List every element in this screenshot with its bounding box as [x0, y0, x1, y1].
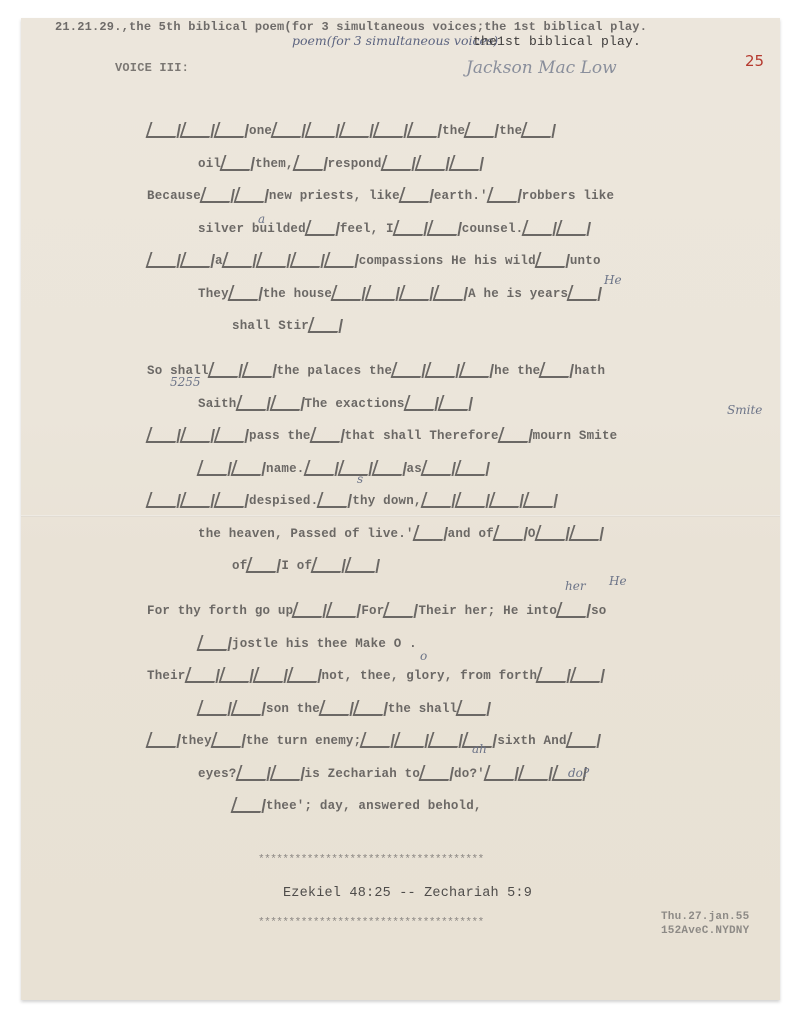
- blank-slot: [420, 492, 455, 508]
- poem-word: despised.: [249, 494, 318, 508]
- blank-slot: [213, 492, 248, 508]
- blank-slot: [269, 395, 304, 411]
- blank-slot: [459, 362, 494, 378]
- poem-word: The exactions: [305, 397, 405, 411]
- blank-slot: [145, 732, 180, 748]
- poem-word: not, thee, glory, from forth: [322, 669, 538, 683]
- handwritten-annotation: He: [604, 273, 622, 287]
- typescript-page: 21.21.29.,the 5th biblical poem(for 3 si…: [21, 18, 780, 1000]
- blank-slot: [486, 187, 521, 203]
- poem-word: thee'; day, answered behold,: [266, 799, 482, 813]
- handwritten-annotation: her: [565, 579, 586, 593]
- page-number: 25: [745, 52, 764, 70]
- blank-slot: [311, 557, 346, 573]
- poem-line: the heaven, Passed of live.'and ofO: [198, 521, 604, 541]
- poem-line: thee'; day, answered behold,: [232, 793, 482, 813]
- blank-slot: [145, 252, 180, 268]
- blank-slot: [220, 155, 255, 171]
- blank-slot: [567, 285, 602, 301]
- blank-slot: [213, 122, 248, 138]
- poem-line: silver buildedfeel, Icounsel.: [198, 216, 591, 236]
- blank-slot: [235, 395, 270, 411]
- blank-slot: [433, 285, 468, 301]
- poem-word: name.: [266, 462, 305, 476]
- blank-slot: [210, 732, 245, 748]
- poem-word: the house: [263, 287, 332, 301]
- poem-line: ofI of: [232, 553, 380, 573]
- address-stamp: 152AveC.NYDNY: [661, 925, 749, 937]
- blank-slot: [252, 667, 287, 683]
- poem-word: robbers like: [522, 189, 614, 203]
- blank-slot: [303, 460, 338, 476]
- blank-slot: [318, 700, 353, 716]
- blank-slot: [196, 635, 231, 651]
- poem-line: acompassions He his wildunto: [147, 248, 601, 268]
- poem-word: oil: [198, 157, 221, 171]
- poem-word: the heaven, Passed of live.': [198, 527, 414, 541]
- poem-word: Their her; He into: [418, 604, 557, 618]
- blank-slot: [539, 362, 574, 378]
- poem-line: jostle his thee Make O .: [198, 631, 417, 651]
- poem-line: Becausenew priests, likeearth.'robbers l…: [147, 183, 614, 203]
- blank-slot: [365, 285, 400, 301]
- poem-line: shall Stir: [232, 313, 343, 333]
- blank-slot: [339, 122, 374, 138]
- poem-word: thy down,: [352, 494, 421, 508]
- blank-slot: [199, 187, 234, 203]
- blank-slot: [184, 667, 219, 683]
- blank-slot: [437, 395, 472, 411]
- blank-slot: [412, 525, 447, 541]
- poem-line: Theythe houseA he is years: [198, 281, 602, 301]
- poem-word: the: [442, 124, 465, 138]
- blank-slot: [221, 252, 256, 268]
- poem-line: oilthem,respond: [198, 151, 484, 171]
- blank-slot: [517, 765, 552, 781]
- blank-slot: [304, 220, 339, 236]
- blank-slot: [522, 492, 557, 508]
- poem-word: Their: [147, 669, 186, 683]
- blank-slot: [307, 317, 342, 333]
- blank-slot: [534, 525, 569, 541]
- poem-word: do?': [454, 767, 485, 781]
- blank-slot: [305, 122, 340, 138]
- poem-word: the turn enemy;: [246, 734, 362, 748]
- poem-word: A he is years: [468, 287, 568, 301]
- blank-slot: [555, 602, 590, 618]
- poem-word: they: [181, 734, 212, 748]
- poem-word: the shall: [388, 702, 457, 716]
- blank-slot: [570, 667, 605, 683]
- poem-word: is Zechariah to: [305, 767, 421, 781]
- blank-slot: [317, 492, 352, 508]
- blank-slot: [286, 667, 321, 683]
- blank-slot: [391, 362, 426, 378]
- handwritten-annotation: 5255: [170, 375, 201, 389]
- poem-word: Because: [147, 189, 201, 203]
- blank-slot: [536, 667, 571, 683]
- header-typed-line2: the1st biblical play.: [473, 34, 641, 49]
- blank-slot: [371, 460, 406, 476]
- blank-slot: [407, 122, 442, 138]
- poem-word: he the: [494, 364, 540, 378]
- poem-word: that shall Therefore: [345, 429, 499, 443]
- poem-line: despised.thy down,: [147, 488, 558, 508]
- poem-word: respond: [328, 157, 382, 171]
- blank-slot: [392, 220, 427, 236]
- blank-slot: [464, 122, 499, 138]
- poem-word: For thy forth go up: [147, 604, 293, 618]
- poem-line: SaithThe exactions: [198, 391, 473, 411]
- poem-word: feel, I: [340, 222, 394, 236]
- poem-word: sixth And: [497, 734, 566, 748]
- handwritten-annotation: a: [258, 212, 265, 226]
- blank-slot: [418, 765, 453, 781]
- blank-slot: [373, 122, 408, 138]
- blank-slot: [227, 285, 262, 301]
- header-handwritten-correction: poem(for 3 simultaneous voices): [292, 33, 498, 48]
- poem-word: compassions He his wild: [359, 254, 536, 268]
- poem-word: pass the: [249, 429, 311, 443]
- blank-slot: [399, 285, 434, 301]
- blank-slot: [292, 602, 327, 618]
- header-typed-line1: 21.21.29.,the 5th biblical poem(for 3 si…: [55, 20, 647, 34]
- poem-line: For thy forth go upForTheir her; He into…: [147, 598, 606, 618]
- poem-word: new priests, like: [269, 189, 400, 203]
- blank-slot: [488, 492, 523, 508]
- blank-slot: [380, 155, 415, 171]
- blank-slot: [428, 732, 463, 748]
- blank-slot: [271, 122, 306, 138]
- poem-word: earth.': [434, 189, 488, 203]
- blank-slot: [345, 557, 380, 573]
- blank-slot: [289, 252, 324, 268]
- handwritten-annotation: ah: [472, 742, 487, 756]
- poem-word: hath: [574, 364, 605, 378]
- blank-slot: [218, 667, 253, 683]
- poem-word: unto: [570, 254, 601, 268]
- blank-slot: [323, 252, 358, 268]
- poem-line: So shallthe palaces thehe thehath: [147, 358, 605, 378]
- blank-slot: [145, 492, 180, 508]
- author-signature: Jackson Mac Low: [466, 58, 617, 78]
- date-stamp: Thu.27.jan.55: [661, 911, 749, 923]
- poem-line: onethethe: [147, 118, 556, 138]
- handwritten-annotation: do?: [568, 766, 589, 780]
- poem-line: son thethe shall: [198, 696, 491, 716]
- blank-slot: [326, 602, 361, 618]
- blank-slot: [337, 460, 372, 476]
- poem-line: Theirnot, thee, glory, from forth: [147, 663, 605, 683]
- poem-line: eyes?is Zechariah todo?': [198, 761, 587, 781]
- blank-slot: [454, 492, 489, 508]
- poem-word: the palaces the: [277, 364, 393, 378]
- poem-word: mourn Smite: [533, 429, 618, 443]
- poem-word: eyes?: [198, 767, 237, 781]
- blank-slot: [383, 602, 418, 618]
- blank-slot: [534, 252, 569, 268]
- blank-slot: [456, 700, 491, 716]
- blank-slot: [360, 732, 395, 748]
- poem-word: so: [591, 604, 606, 618]
- blank-slot: [492, 525, 527, 541]
- blank-slot: [309, 427, 344, 443]
- blank-slot: [568, 525, 603, 541]
- blank-slot: [145, 122, 180, 138]
- blank-slot: [196, 460, 231, 476]
- poem-word: and of: [448, 527, 494, 541]
- blank-slot: [556, 220, 591, 236]
- poem-word: them,: [255, 157, 294, 171]
- poem-line: pass thethat shall Thereforemourn Smite: [147, 423, 617, 443]
- poem-line: name.as: [198, 456, 490, 476]
- poem-word: silver builded: [198, 222, 306, 236]
- blank-slot: [292, 155, 327, 171]
- blank-slot: [230, 700, 265, 716]
- poem-line: theythe turn enemy;sixth And: [147, 728, 601, 748]
- blank-slot: [521, 122, 556, 138]
- blank-slot: [230, 460, 265, 476]
- blank-slot: [394, 732, 429, 748]
- blank-slot: [246, 557, 281, 573]
- asterisk-rule-bottom: *************************************: [258, 917, 484, 929]
- blank-slot: [269, 765, 304, 781]
- blank-slot: [398, 187, 433, 203]
- blank-slot: [179, 252, 214, 268]
- scripture-reference: Ezekiel 48:25 -- Zechariah 5:9: [283, 886, 532, 901]
- handwritten-annotation: o: [420, 649, 427, 663]
- blank-slot: [230, 797, 265, 813]
- poem-word: Saith: [198, 397, 237, 411]
- voice-label: VOICE III:: [115, 61, 189, 75]
- poem-word: jostle his thee Make O .: [232, 637, 417, 651]
- blank-slot: [454, 460, 489, 476]
- blank-slot: [241, 362, 276, 378]
- poem-word: the: [499, 124, 522, 138]
- paper-fold: [21, 515, 780, 517]
- blank-slot: [179, 427, 214, 443]
- handwritten-annotation: He: [609, 574, 627, 588]
- blank-slot: [213, 427, 248, 443]
- blank-slot: [425, 362, 460, 378]
- blank-slot: [403, 395, 438, 411]
- blank-slot: [352, 700, 387, 716]
- poem-word: counsel.: [462, 222, 524, 236]
- blank-slot: [196, 700, 231, 716]
- blank-slot: [497, 427, 532, 443]
- handwritten-annotation: Smite: [727, 403, 762, 417]
- blank-slot: [235, 765, 270, 781]
- blank-slot: [448, 155, 483, 171]
- blank-slot: [179, 492, 214, 508]
- blank-slot: [420, 460, 455, 476]
- blank-slot: [331, 285, 366, 301]
- asterisk-rule-top: *************************************: [258, 854, 484, 866]
- blank-slot: [233, 187, 268, 203]
- poem-word: I of: [281, 559, 312, 573]
- poem-word: shall Stir: [232, 319, 309, 333]
- poem-word: one: [249, 124, 272, 138]
- poem-word: For: [361, 604, 384, 618]
- poem-word: son the: [266, 702, 320, 716]
- poem-word: They: [198, 287, 229, 301]
- blank-slot: [255, 252, 290, 268]
- blank-slot: [145, 427, 180, 443]
- blank-slot: [565, 732, 600, 748]
- poem-word: as: [407, 462, 422, 476]
- blank-slot: [207, 362, 242, 378]
- blank-slot: [414, 155, 449, 171]
- blank-slot: [483, 765, 518, 781]
- blank-slot: [426, 220, 461, 236]
- blank-slot: [522, 220, 557, 236]
- blank-slot: [179, 122, 214, 138]
- handwritten-annotation: s: [357, 472, 363, 486]
